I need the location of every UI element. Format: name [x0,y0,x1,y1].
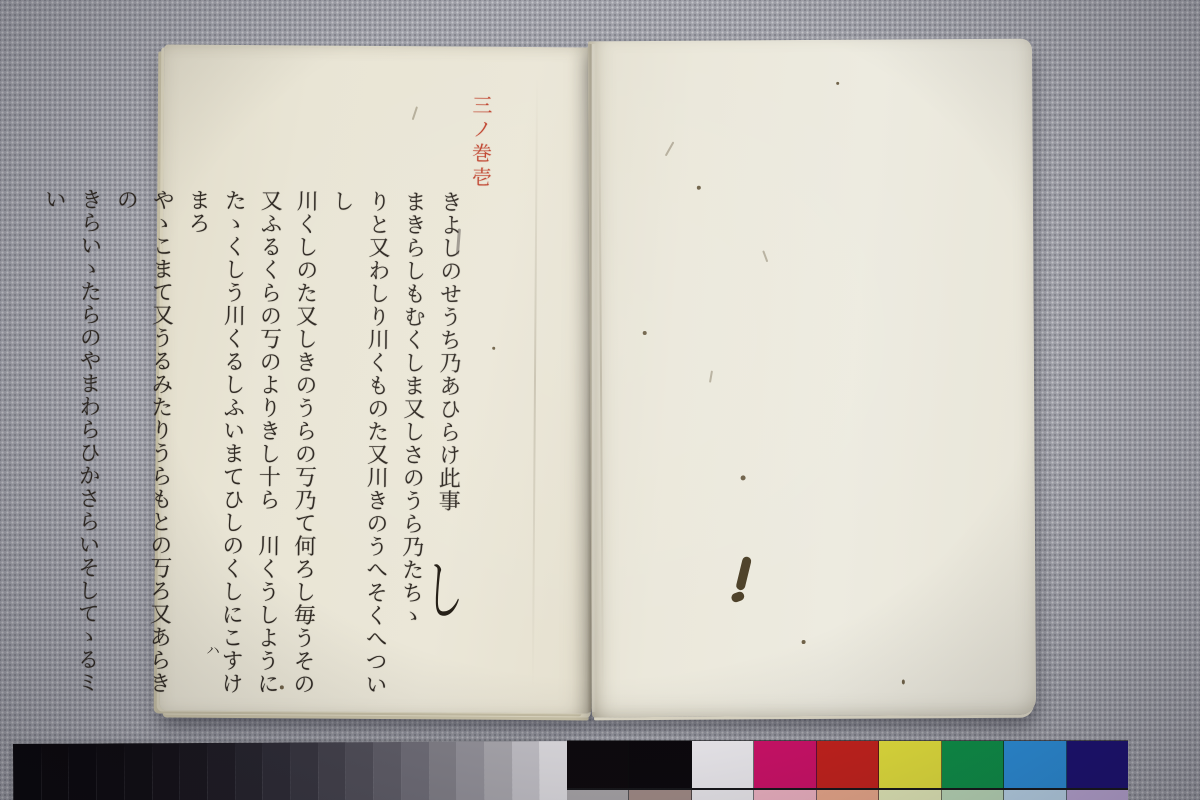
color-chart-row-saturated [567,741,1128,790]
color-patch [942,741,1004,788]
interlinear-mark: ハ [202,643,222,657]
gray-step [235,743,263,800]
gray-step [290,742,318,800]
bold-hook-stroke: し [424,537,465,633]
wormhole-speck [902,679,905,684]
gray-step [484,741,512,800]
color-patch [942,790,1004,800]
color-calibration-chart [567,740,1128,800]
left-page: 三ノ巻壱 きよしのせうち乃あひらけ此事 まきらしもむくしま又しさのうら乃たちゝ … [160,45,597,714]
paper-crease [598,61,604,691]
text-column: きらいゝたらのやまわらひかさらいそしてゝるミい [32,188,108,706]
grayscale-calibration-strip [13,741,567,800]
gray-step [96,743,124,800]
paper-fiber [412,106,418,120]
color-patch [567,741,629,788]
paper-fiber [762,250,768,262]
gray-step [41,744,69,800]
color-patch [692,741,754,788]
text-column: りと又わしり川くものた又川きのうへそくへついし [320,190,396,708]
gray-step [429,742,457,800]
color-patch [754,741,816,788]
paper-fiber [665,141,675,156]
manuscript-book: 三ノ巻壱 きよしのせうち乃あひらけ此事 まきらしもむくしま又しさのうら乃たちゝ … [160,40,1034,730]
calligraphy-text-block: きよしのせうち乃あひらけ此事 まきらしもむくしま又しさのうら乃たちゝ りと又わし… [172,189,468,709]
color-patch [879,790,941,800]
right-page [588,39,1036,718]
gray-step [68,744,96,800]
center-fold [587,44,596,712]
gray-step [318,742,346,800]
text-column: 又ふるくらの丂のよりきし十ら 川くうしように [248,189,288,707]
gray-step [456,742,484,800]
text-column: やゝこまて又うるみたりうらもとの丂ろ又あらきの [104,188,180,706]
wormhole-speck [741,475,746,480]
wormhole-speck [492,347,495,350]
color-patch [692,790,754,800]
gray-step [207,743,235,800]
color-patch [1004,741,1066,788]
gray-step [13,744,41,800]
color-patch [817,790,879,800]
gray-step [124,743,152,800]
wormhole-damage [735,556,752,591]
color-patch [1067,790,1128,800]
wormhole-damage [730,590,745,603]
gray-step [401,742,429,800]
color-chart-row-pastel [567,790,1128,800]
wormhole-speck [697,186,701,190]
paper-fiber [709,371,713,383]
gray-step [512,741,540,800]
text-column: 川くしのた又しきのうらの丂乃て何ろし毎うその [284,189,324,707]
color-patch [1004,790,1066,800]
gray-step [373,742,401,800]
photo-stage: 三ノ巻壱 きよしのせうち乃あひらけ此事 まきらしもむくしま又しさのうら乃たちゝ … [0,0,1200,800]
color-patch [817,741,879,788]
color-patch [879,741,941,788]
color-patch [567,790,629,800]
paper-crease [532,77,538,687]
color-patch [754,790,816,800]
wormhole-speck [643,331,647,335]
gray-step [152,743,180,800]
wormhole-speck [802,640,806,644]
gray-step [262,743,290,800]
gray-step [179,743,207,800]
volume-title-red-ink: 三ノ巻壱 [467,95,494,235]
wormhole-speck [836,82,839,85]
gray-step [539,741,567,800]
color-patch [629,741,691,788]
color-patch [629,790,691,800]
color-patch [1067,741,1128,788]
text-column: たゝくしう川くるしふいまてひしのくしにこすけまろ [176,189,252,707]
gray-step [345,742,373,800]
